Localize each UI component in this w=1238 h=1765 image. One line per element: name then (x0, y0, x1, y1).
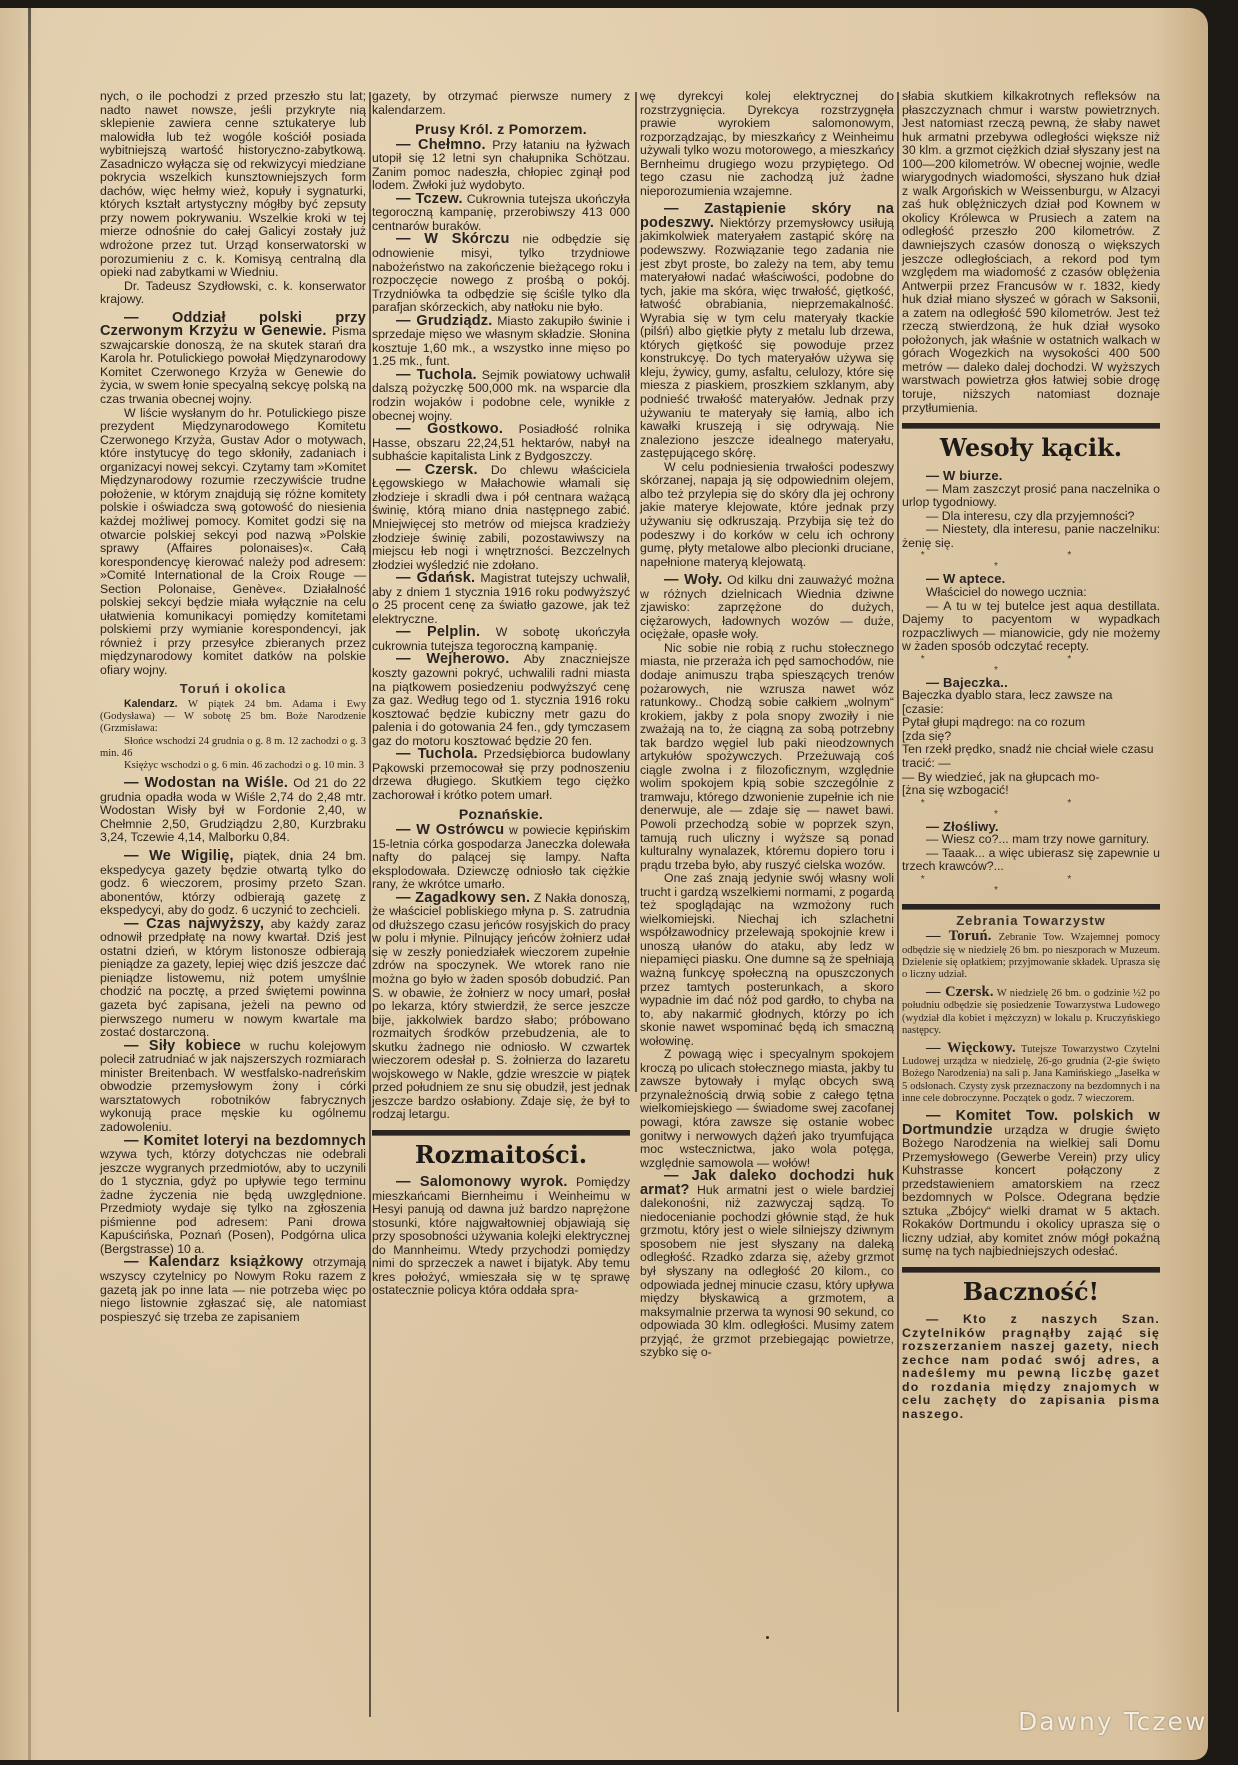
article-church-roofs-end: nych, o ile pochodzi z przed przeszło st… (100, 90, 366, 280)
joke-fable-verse: Bajeczka dyablo stara, lecz zawsze na[cz… (902, 689, 1160, 797)
society-meeting-item: — Czersk. W niedzielę 26 bm. o godzinie … (902, 986, 1160, 1037)
society-meeting-item: — Toruń. Zebranie Tow. Wzajemnej pomocy … (902, 930, 1160, 981)
signature: Dr. Tadeusz Szydłowski, c. k. konserwato… (100, 280, 366, 307)
section-title-humor: Wesoły kącik. (902, 433, 1160, 463)
separator-stars: * * * (902, 654, 1160, 676)
section-heading-torun: Toruń i okolica (100, 682, 366, 696)
article-dortmund-committee: — Komitet Tow. polskich w Dortmundzie ur… (902, 1110, 1160, 1259)
separator-stars: * * * (902, 798, 1160, 820)
news-item: — Pelplin. W sobotę ukończyła cukrownia … (372, 626, 630, 653)
joke-spiteful: — Wiesz co?... mam trzy nowe garnitury.—… (902, 833, 1160, 874)
paragraph: W liście wysłanym do hr. Potulickiego pi… (100, 407, 366, 678)
news-item: — W Ostrówcu w powiecie kępińskim 15-let… (372, 824, 630, 892)
news-item: — W Skórczu nie odbędzie się odnowienie … (372, 233, 630, 314)
article-subscription: — Czas najwyższy, aby każdy zaraz odnowi… (100, 918, 366, 1040)
newspaper-page: nych, o ile pochodzi z przed przeszło st… (0, 8, 1208, 1760)
dialog-line: Właściciel do nowego ucznia: (902, 586, 1160, 600)
column-divider (369, 92, 371, 1717)
page-fold-shadow (28, 8, 31, 1760)
article-heading: — Czersk. (926, 984, 994, 1000)
news-item: — Chełmno. Przy łataniu na łyżwach utopi… (372, 139, 630, 193)
verse-line: — By wiedzieć, jak na głupcach mo- (902, 771, 1160, 785)
society-meeting-item: — Więckowy. Tutejsze Towarzystwo Czyteln… (902, 1042, 1160, 1105)
article-red-cross: — Oddział polski przy Czerwonym Krzyżu w… (100, 312, 366, 407)
joke-heading: — Złośliwy. (902, 820, 1160, 834)
section-rule (902, 1267, 1160, 1273)
article-cannon-sound: — Jak daleko dochodzi huk armat? Huk arm… (640, 1170, 894, 1360)
news-item: — Gdańsk. Magistrat tutejszy uchwalił, a… (372, 572, 630, 626)
print-speck (766, 1636, 769, 1639)
column-divider (897, 92, 899, 1712)
news-item: — Tuchola. Przedsiębiorca budowlany Pąko… (372, 748, 630, 802)
joke-pharmacy: Właściciel do nowego ucznia:— A tu w tej… (902, 586, 1160, 654)
article-christmas-eve: — We Wigilię, piątek, dnia 24 bm. eksped… (100, 850, 366, 918)
column-4: słabia skutkiem kilkakrotnych refleksów … (902, 90, 1160, 1421)
verse-continuation: [zda się? (902, 730, 1160, 744)
article-women-railway: — Siły kobiece w ruchu kolejowym polecił… (100, 1040, 366, 1135)
dialog-line: — A tu w tej butelce jest aqua destillat… (902, 600, 1160, 654)
article-calendar-book: — Kalendarz książkowy otrzymają wszyscy … (100, 1256, 366, 1324)
news-item: — Tuchola. Sejmik powiatowy uchwalił dal… (372, 369, 630, 423)
dialog-line: — Wiesz co?... mam trzy nowe garnitury. (902, 833, 1160, 847)
dialog-line: — Mam zaszczyt prosić pana naczelnika o … (902, 483, 1160, 510)
section-rule (902, 904, 1160, 910)
news-item: — Tczew. Cukrownia tutejsza ukończyła te… (372, 193, 630, 234)
news-item: — Wejherowo. Aby znaczniejsze koszty gaz… (372, 653, 630, 748)
dialog-line: — Taaak... a więc ubierasz się zapewnie … (902, 847, 1160, 874)
section-rule (372, 1130, 630, 1136)
joke-heading: — W biurze. (902, 469, 1160, 483)
calendar: Kalendarz. W piątek 24 bm. Adama i Ewy (… (100, 698, 366, 736)
news-item: — Grudziądz. Miasto zakupiło świnie i sp… (372, 315, 630, 369)
joke-heading: — W aptece. (902, 572, 1160, 586)
article-heading: — Więckowy. (926, 1040, 1016, 1056)
section-rule (902, 423, 1160, 429)
section-title-attention: Baczność! (902, 1277, 1160, 1307)
notice-body: — Kto z naszych Szan. Czytelników pragną… (902, 1313, 1160, 1421)
news-item: — Gostkowo. Posiadłość rolnika Hasse, ob… (372, 423, 630, 464)
verse-line: Ten rzekł prędko, snadź nie chciał wiele… (902, 743, 1160, 770)
paragraph: Z powagą więc i specyalnym spokojem kroc… (640, 1048, 894, 1170)
verse-line: Pytał głupi mądrego: na co rozum (902, 716, 1160, 730)
news-list-poznan: — W Ostrówcu w powiecie kępińskim 15-let… (372, 824, 630, 1122)
article-lottery: — Komitet loteryi na bezdomnych wzywa ty… (100, 1135, 366, 1257)
news-item: — Zagadkowy sen. Z Nakła donoszą, że wła… (372, 892, 630, 1122)
joke-office: — Mam zaszczyt prosić pana naczelnika o … (902, 483, 1160, 551)
article-oxen: — Woły. Od kilku dni zauważyć można w ró… (640, 574, 894, 642)
article-heading: — Oddział polski przy Czerwonym Krzyżu w… (100, 310, 366, 340)
dialog-line: — Niestety, dla interesu, panie naczelni… (902, 523, 1160, 550)
paragraph: słabia skutkiem kilkakrotnych refleksów … (902, 90, 1160, 415)
societies-list: — Toruń. Zebranie Tow. Wzajemnej pomocy … (902, 930, 1160, 1105)
separator-stars: * * * (902, 550, 1160, 572)
column-divider (635, 92, 637, 1092)
column-2: gazety, by otrzymać pierwsze numery z ka… (372, 90, 630, 1298)
watermark: Dawny Tczew (1018, 1707, 1207, 1736)
paragraph: W celu podniesienia trwałości podeszwy s… (640, 461, 894, 569)
verse-continuation: [czasie: (902, 703, 1160, 717)
moon-times: Księżyc wschodzi o g. 6 min. 46 zachodzi… (100, 760, 366, 772)
paragraph: Nic sobie nie robią z ruchu stołecznego … (640, 642, 894, 872)
joke-heading: — Bajeczka.. (902, 676, 1160, 690)
paragraph: gazety, by otrzymać pierwsze numery z ka… (372, 90, 630, 117)
verse-line: Bajeczka dyablo stara, lecz zawsze na (902, 689, 1160, 703)
column-3: wę dyrekcyi kolej elektrycznej do rozstr… (640, 90, 894, 1360)
article-heading: — Toruń. (926, 928, 992, 944)
article-leather-soles: — Zastąpienie skóry na podeszwy. Niektór… (640, 203, 894, 460)
section-heading-societies: Zebrania Towarzystw (902, 914, 1160, 928)
paragraph: One zaś znają jedynie swój własny woli t… (640, 872, 894, 1048)
article-water-level: — Wodostan na Wiśle. Od 21 do 22 grudnia… (100, 777, 366, 845)
dialog-line: — Dla interesu, czy dla przyjemności? (902, 510, 1160, 524)
paragraph: wę dyrekcyi kolej elektrycznej do rozstr… (640, 90, 894, 198)
verse-line: [żna się wzbogacić! (902, 784, 1160, 798)
column-1: nych, o ile pochodzi z przed przeszło st… (100, 90, 366, 1324)
section-heading-prusy: Prusy Król. z Pomorzem. (372, 123, 630, 137)
article-solomon-verdict: — Salomonowy wyrok. Pomiędzy mieszkańcam… (372, 1176, 630, 1298)
news-list-prusy: — Chełmno. Przy łataniu na łyżwach utopi… (372, 139, 630, 803)
section-heading-poznan: Poznańskie. (372, 808, 630, 822)
sun-times: Słońce wschodzi 24 grudnia o g. 8 m. 12 … (100, 736, 366, 760)
section-title-miscellany: Rozmaitości. (372, 1140, 630, 1170)
news-item: — Czersk. Do chlewu właściciela Łęgowski… (372, 464, 630, 572)
separator-stars: * * * (902, 874, 1160, 896)
